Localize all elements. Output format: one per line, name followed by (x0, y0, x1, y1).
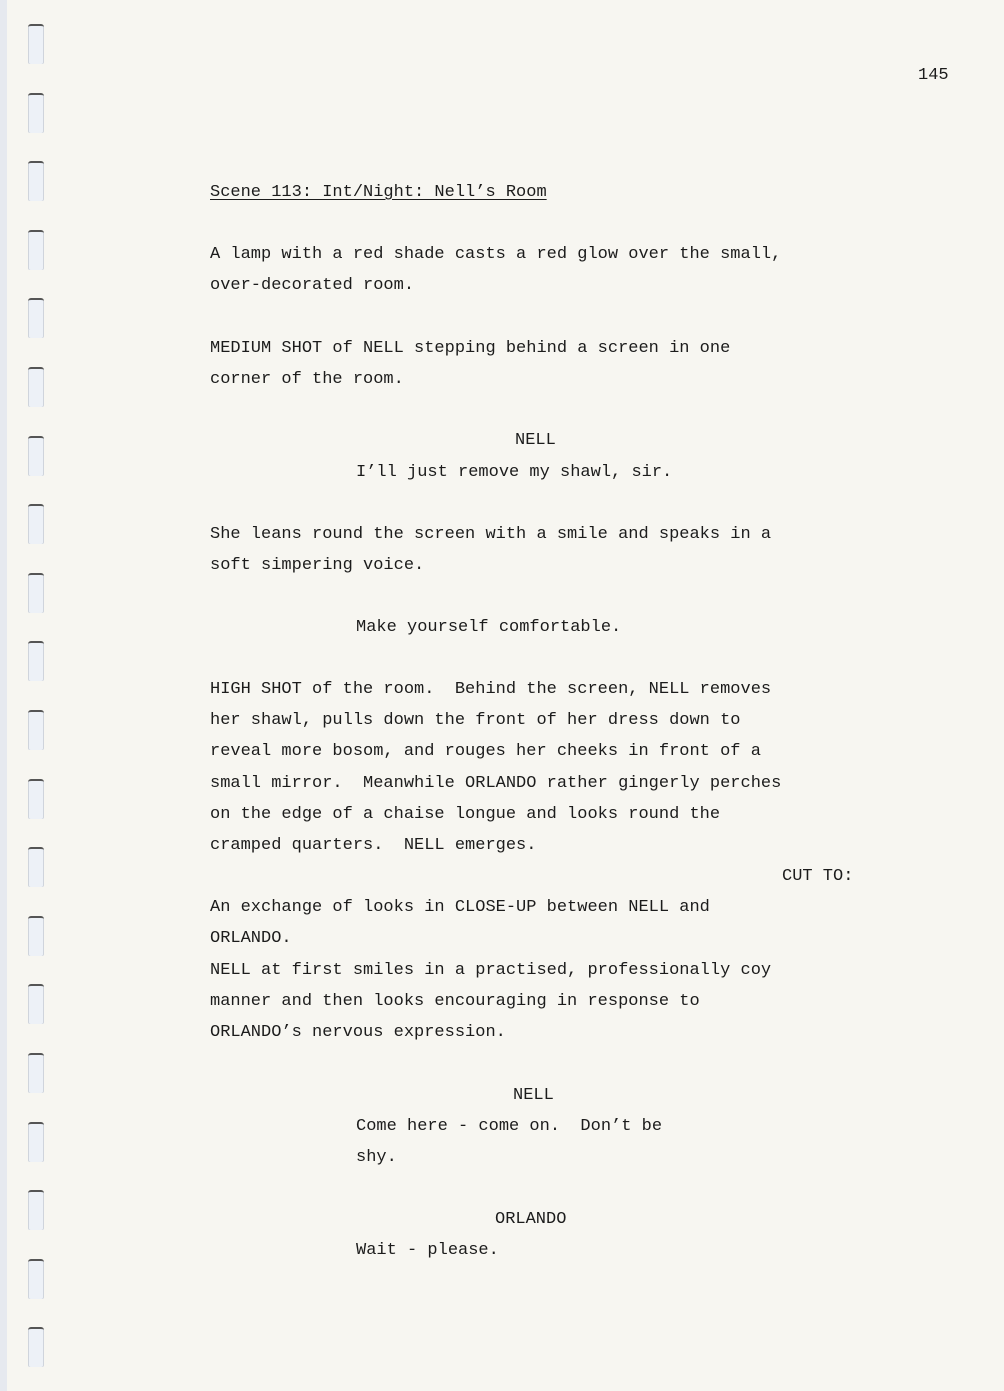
action-line: She leans round the screen with a smile … (210, 525, 771, 545)
binding-hole (28, 298, 44, 338)
transition: CUT TO: (782, 867, 853, 887)
binding-hole (28, 710, 44, 750)
binding-hole (28, 984, 44, 1024)
dialogue-line: I’ll just remove my shawl, sir. (356, 463, 672, 483)
action-line: her shawl, pulls down the front of her d… (210, 711, 741, 731)
binding-hole (28, 1190, 44, 1230)
binding-hole (28, 1327, 44, 1367)
action-line: NELL at first smiles in a practised, pro… (210, 961, 771, 981)
character-name: NELL (515, 431, 556, 451)
binding-hole (28, 230, 44, 270)
binding-hole (28, 1259, 44, 1299)
binding-hole (28, 504, 44, 544)
binding-hole (28, 916, 44, 956)
action-line: ORLANDO’s nervous expression. (210, 1023, 506, 1043)
page-number: 145 (918, 66, 949, 85)
binding-hole (28, 779, 44, 819)
binding-hole (28, 1122, 44, 1162)
dialogue-line: Make yourself comfortable. (356, 618, 621, 638)
action-line: soft simpering voice. (210, 556, 424, 576)
action-line: cramped quarters. NELL emerges. (210, 836, 536, 856)
action-line: over-decorated room. (210, 276, 414, 296)
binding-hole (28, 641, 44, 681)
action-line: small mirror. Meanwhile ORLANDO rather g… (210, 774, 781, 794)
action-line: MEDIUM SHOT of NELL stepping behind a sc… (210, 339, 730, 359)
binding-hole (28, 573, 44, 613)
binding-hole (28, 847, 44, 887)
page-edge (0, 0, 7, 1391)
action-line: ORLANDO. (210, 929, 292, 949)
binding-hole (28, 436, 44, 476)
action-line: A lamp with a red shade casts a red glow… (210, 245, 781, 265)
binding-hole (28, 93, 44, 133)
binding-hole (28, 1053, 44, 1093)
character-name: NELL (513, 1086, 554, 1106)
dialogue-line: Wait - please. (356, 1241, 499, 1261)
action-line: on the edge of a chaise longue and looks… (210, 805, 720, 825)
action-line: corner of the room. (210, 370, 404, 390)
dialogue-line: Come here - come on. Don’t be (356, 1117, 662, 1137)
binding-hole (28, 367, 44, 407)
dialogue-line: shy. (356, 1148, 397, 1168)
action-line: reveal more bosom, and rouges her cheeks… (210, 742, 761, 762)
binding-hole (28, 24, 44, 64)
action-line: HIGH SHOT of the room. Behind the screen… (210, 680, 771, 700)
action-line: manner and then looks encouraging in res… (210, 992, 700, 1012)
scene-heading: Scene 113: Int/Night: Nell’s Room (210, 183, 547, 203)
action-line: An exchange of looks in CLOSE-UP between… (210, 898, 710, 918)
character-name: ORLANDO (495, 1210, 566, 1230)
binding-hole (28, 161, 44, 201)
